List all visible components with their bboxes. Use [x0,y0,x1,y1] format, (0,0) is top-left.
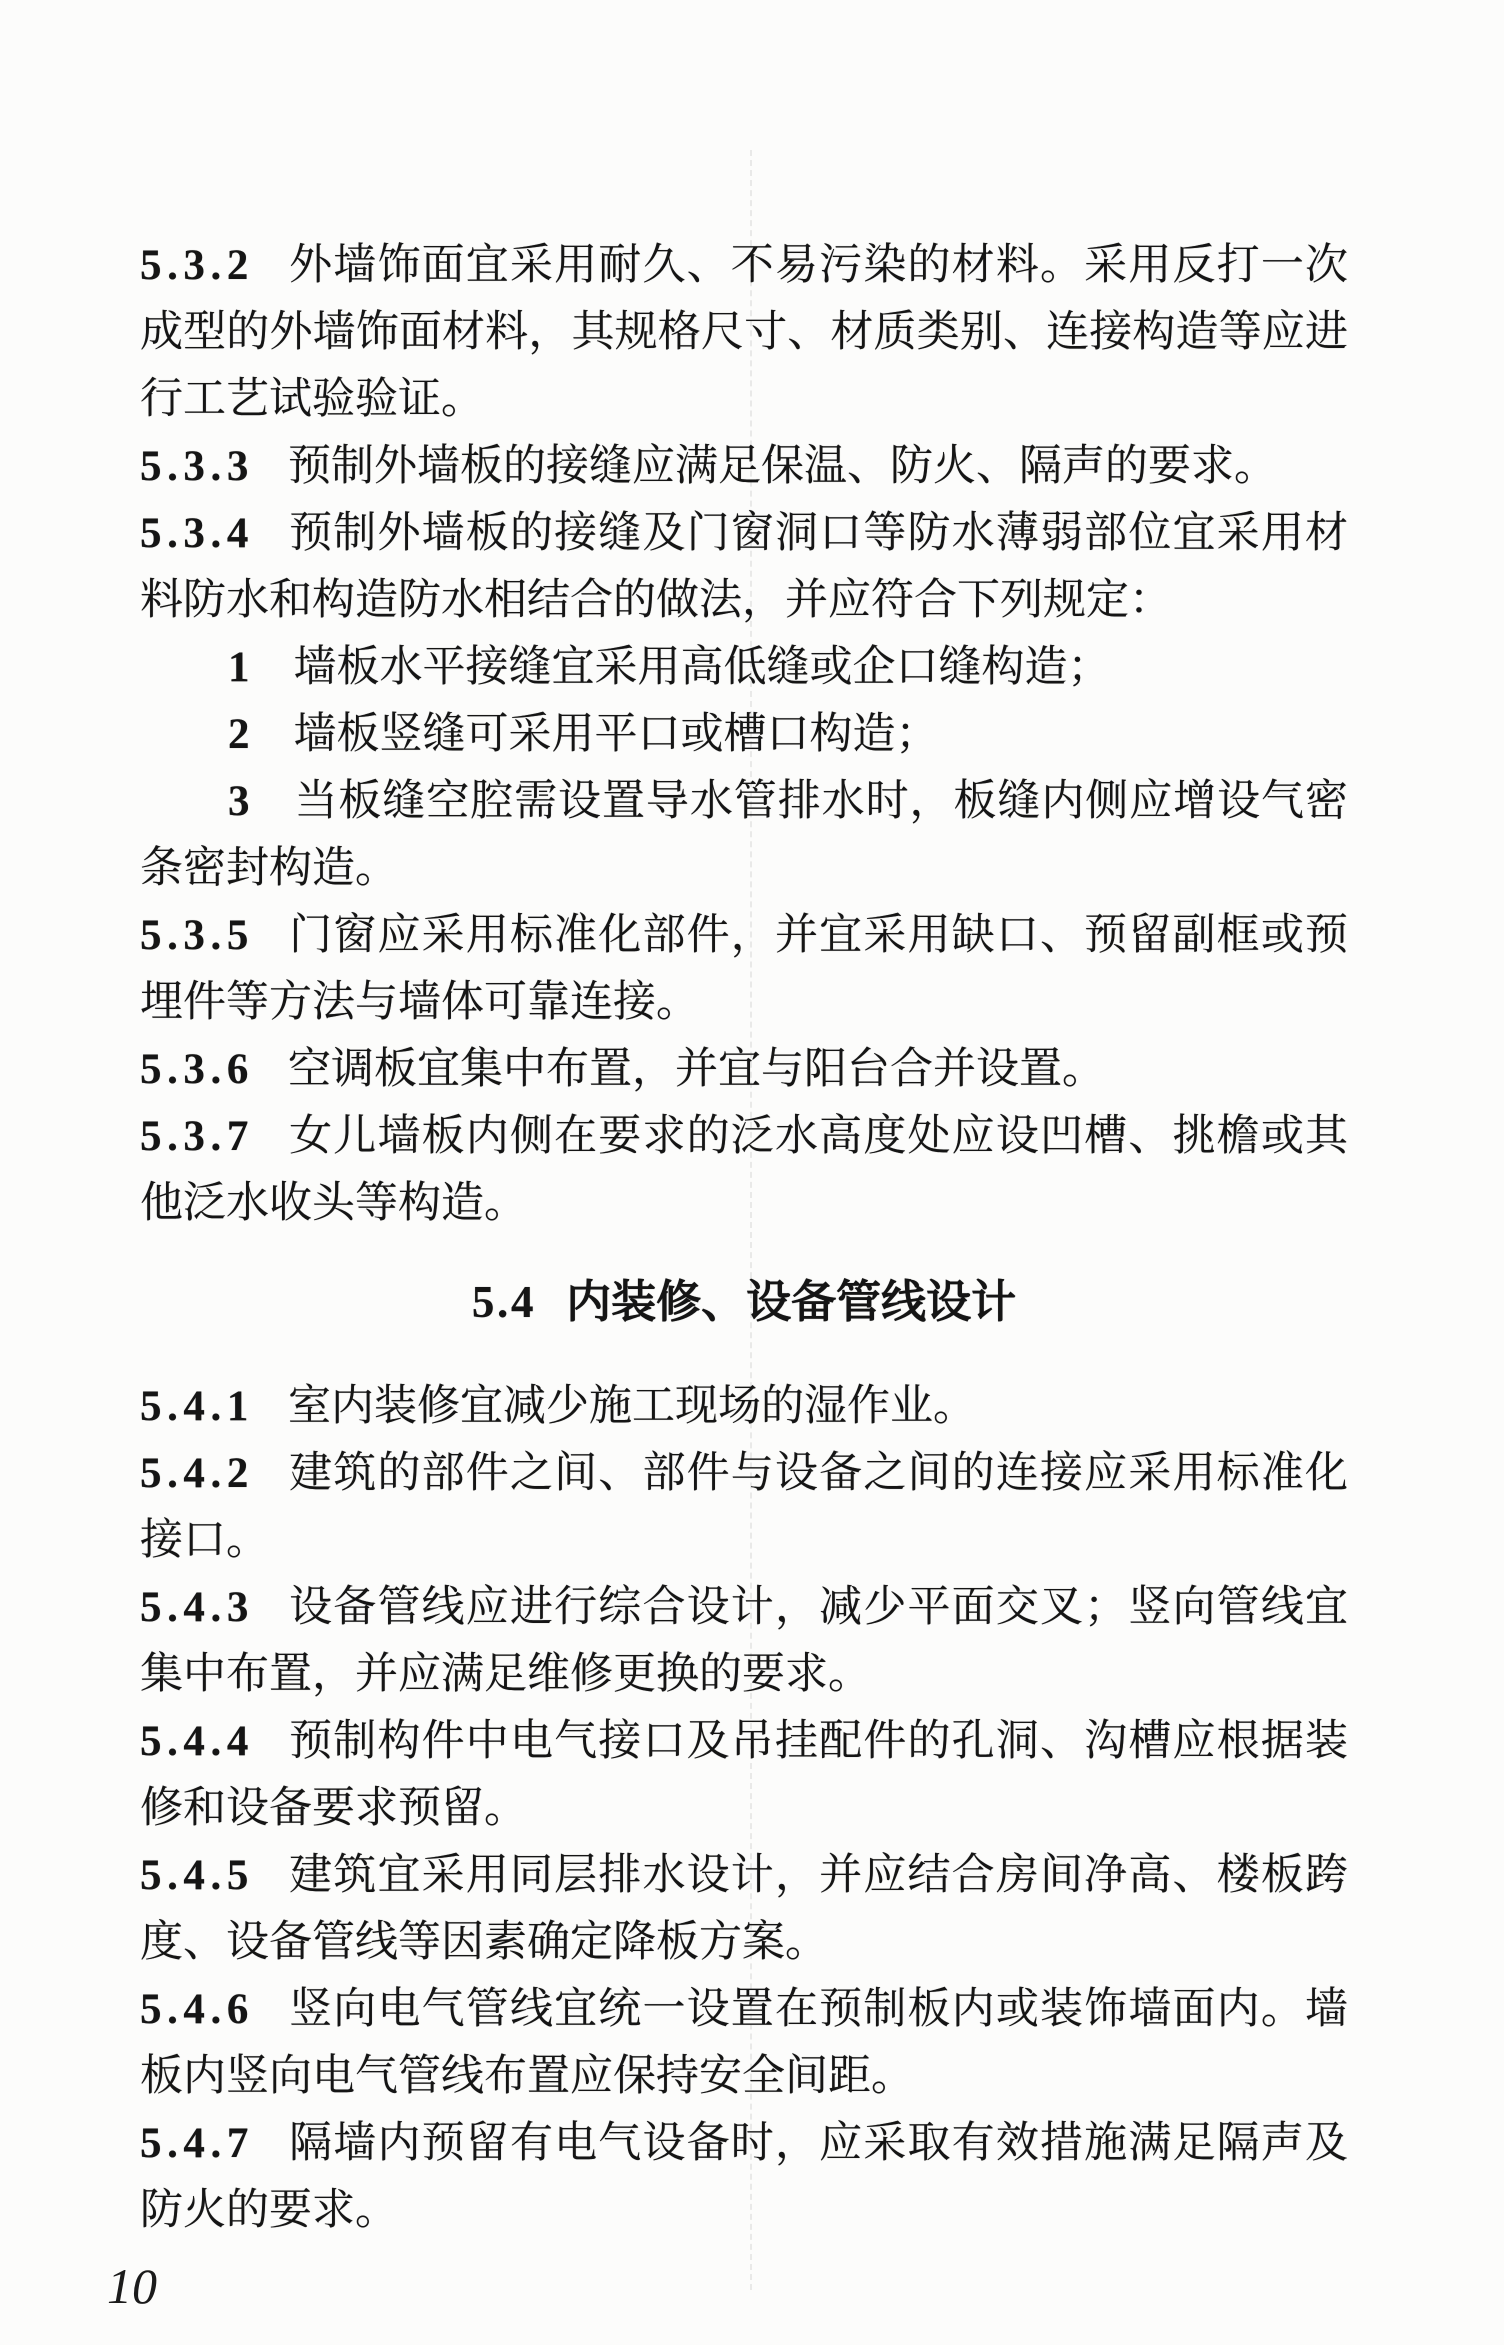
clause-text: 门窗应采用标准化部件，并宜采用缺口、预留副框或预 [288,912,1348,959]
clause-text: 埋件等方法与墙体可靠连接。 [140,979,699,1026]
clause-text: 集中布置，并应满足维修更换的要求。 [140,1651,871,1698]
clause-line: 5.4.2建筑的部件之间、部件与设备之间的连接应采用标准化 [140,1440,1348,1507]
clause-line: 5.4.3设备管线应进行综合设计，减少平面交叉；竖向管线宜 [140,1574,1348,1641]
clause-text: 墙板竖缝可采用平口或槽口构造； [294,711,939,758]
page-number: 10 [107,2256,157,2316]
clause-text: 墙板水平接缝宜采用高低缝或企口缝构造； [294,644,1111,691]
clause-line: 5.4.6竖向电气管线宜统一设置在预制板内或装饰墙面内。墙 [140,1976,1348,2043]
list-item-number: 3 [228,778,250,825]
clause-text: 隔墙内预留有电气设备时，应采取有效措施满足隔声及 [288,2120,1348,2167]
text-line: 度、设备管线等因素确定降板方案。 [140,1909,1348,1976]
clause-text: 防火的要求。 [140,2187,398,2234]
text-line: 修和设备要求预留。 [140,1775,1348,1842]
list-item-number: 1 [228,644,250,691]
clause-number: 5.4.4 [140,1718,254,1765]
clause-text: 室内装修宜减少施工现场的湿作业。 [288,1383,976,1430]
clause-line: 5.4.4预制构件中电气接口及吊挂配件的孔洞、沟槽应根据装 [140,1708,1348,1775]
clause-text: 度、设备管线等因素确定降板方案。 [140,1919,828,1966]
clause-text: 他泛水收头等构造。 [140,1180,527,1227]
clause-line: 5.3.6空调板宜集中布置，并宜与阳台合并设置。 [140,1036,1348,1103]
list-item-line: 3当板缝空腔需设置导水管排水时，板缝内侧应增设气密 [140,768,1348,835]
clause-number: 5.4.7 [140,2120,254,2167]
scanned-document-page: { "page": { "number_label": "10" }, "hea… [0,0,1504,2345]
clause-text: 建筑的部件之间、部件与设备之间的连接应采用标准化 [288,1450,1348,1497]
clause-text: 女儿墙板内侧在要求的泛水高度处应设凹槽、挑檐或其 [288,1113,1348,1160]
text-column: 5.3.2外墙饰面宜采用耐久、不易污染的材料。采用反打一次 成型的外墙饰面材料，… [140,232,1348,2244]
clause-text: 竖向电气管线宜统一设置在预制板内或装饰墙面内。墙 [288,1986,1348,2033]
text-line: 接口。 [140,1507,1348,1574]
clause-text: 设备管线应进行综合设计，减少平面交叉；竖向管线宜 [288,1584,1348,1631]
text-line: 埋件等方法与墙体可靠连接。 [140,969,1348,1036]
clause-text: 修和设备要求预留。 [140,1785,527,1832]
clause-line: 5.3.2外墙饰面宜采用耐久、不易污染的材料。采用反打一次 [140,232,1348,299]
clause-number: 5.3.2 [140,242,254,289]
clause-number: 5.4.6 [140,1986,254,2033]
clause-line: 5.4.1室内装修宜减少施工现场的湿作业。 [140,1373,1348,1440]
clause-line: 5.3.7女儿墙板内侧在要求的泛水高度处应设凹槽、挑檐或其 [140,1103,1348,1170]
text-line: 行工艺试验验证。 [140,366,1348,433]
list-item-line: 1墙板水平接缝宜采用高低缝或企口缝构造； [140,634,1348,701]
clause-text: 建筑宜采用同层排水设计，并应结合房间净高、楼板跨 [288,1852,1348,1899]
text-line: 条密封构造。 [140,835,1348,902]
list-item-number: 2 [228,711,250,758]
clause-line: 5.3.5门窗应采用标准化部件，并宜采用缺口、预留副框或预 [140,902,1348,969]
clause-number: 5.3.7 [140,1113,254,1160]
section-heading-number: 5.4 [472,1277,536,1327]
clause-text: 预制外墙板的接缝及门窗洞口等防水薄弱部位宜采用材 [288,510,1348,557]
clause-text: 行工艺试验验证。 [140,376,484,423]
clause-number: 5.4.5 [140,1852,254,1899]
clause-text: 板内竖向电气管线布置应保持安全间距。 [140,2053,914,2100]
text-line: 板内竖向电气管线布置应保持安全间距。 [140,2043,1348,2110]
section-heading: 5.4内装修、设备管线设计 [140,1268,1348,1335]
clause-number: 5.3.4 [140,510,254,557]
clause-line: 5.3.4预制外墙板的接缝及门窗洞口等防水薄弱部位宜采用材 [140,500,1348,567]
clause-number: 5.4.2 [140,1450,254,1497]
clause-number: 5.3.6 [140,1046,254,1093]
section-heading-title: 内装修、设备管线设计 [566,1276,1016,1327]
clause-number: 5.4.1 [140,1383,254,1430]
clause-text: 料防水和构造防水相结合的做法，并应符合下列规定： [140,577,1172,624]
text-line: 集中布置，并应满足维修更换的要求。 [140,1641,1348,1708]
text-line: 料防水和构造防水相结合的做法，并应符合下列规定： [140,567,1348,634]
list-item-line: 2墙板竖缝可采用平口或槽口构造； [140,701,1348,768]
clause-line: 5.3.3预制外墙板的接缝应满足保温、防火、隔声的要求。 [140,433,1348,500]
clause-text: 预制外墙板的接缝应满足保温、防火、隔声的要求。 [288,443,1277,490]
text-line: 成型的外墙饰面材料，其规格尺寸、材质类别、连接构造等应进 [140,299,1348,366]
clause-text: 条密封构造。 [140,845,398,892]
clause-text: 预制构件中电气接口及吊挂配件的孔洞、沟槽应根据装 [288,1718,1348,1765]
text-line: 他泛水收头等构造。 [140,1170,1348,1237]
clause-number: 5.4.3 [140,1584,254,1631]
clause-text: 空调板宜集中布置，并宜与阳台合并设置。 [288,1046,1105,1093]
clause-line: 5.4.5建筑宜采用同层排水设计，并应结合房间净高、楼板跨 [140,1842,1348,1909]
clause-line: 5.4.7隔墙内预留有电气设备时，应采取有效措施满足隔声及 [140,2110,1348,2177]
clause-text: 成型的外墙饰面材料，其规格尺寸、材质类别、连接构造等应进 [140,309,1348,356]
clause-number: 5.3.5 [140,912,254,959]
clause-text: 外墙饰面宜采用耐久、不易污染的材料。采用反打一次 [288,242,1348,289]
clause-text: 接口。 [140,1517,269,1564]
clause-text: 当板缝空腔需设置导水管排水时，板缝内侧应增设气密 [294,778,1349,825]
text-line: 防火的要求。 [140,2177,1348,2244]
clause-number: 5.3.3 [140,443,254,490]
